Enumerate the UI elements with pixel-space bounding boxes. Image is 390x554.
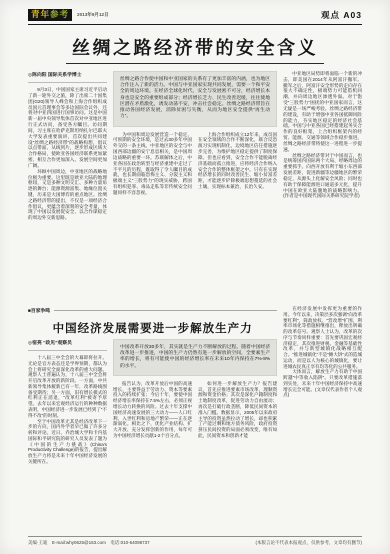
article-1-column-3: 上海合作组织成立12年来，成员国在安全领域的合作不断深化，联合反恐演习实现机制化…	[198, 132, 277, 303]
article-2-headline: 中国经济发展需要进一步解放生产力	[28, 320, 277, 336]
article-2-column-3: 如何进一步解放生产力？报告建议，首先应推进要素市场改革，理顺资源和资金价格；其次…	[198, 381, 277, 544]
article-1-column-1-text: 9月3日，中国国家主席习近平启动了新一轮外交之旅，除了出席二十国集团(G20)领…	[28, 87, 107, 221]
article-1: 丝绸之路经济带的安全含义 ◎陈向阳 国际关系学博士 9月3日，中国国家主席习近平…	[28, 34, 362, 303]
newspaper-logo: 青年参考	[28, 9, 72, 21]
paragraph: 至于中国改革尤其是经济改革下一步的方向，国内外学者早已做了许多分析和评论。近日，…	[28, 419, 107, 465]
paragraph: 在经济发展中发挥更为重要的作用。今年以来，决策层多次强调“向改革要红利”，简政放…	[283, 306, 362, 369]
paragraph: 报告认为，改革开放后中国的高速增长，主要得益于劳动力、资本等要素投入的持续扩张；…	[113, 381, 192, 439]
logo-text-part2: 参考	[50, 9, 69, 19]
logo-text-part1: 青年	[31, 9, 50, 19]
article-1-headline: 丝绸之路经济带的安全含义	[66, 34, 324, 64]
paragraph: 上海合作组织成立12年来，成员国在安全领域的合作不断深化，联合反恐演习实现机制化…	[198, 132, 277, 190]
article-1-byline: ◎陈向阳 国际关系学博士	[28, 71, 107, 83]
article-1-quote-box: 丝绸之路合作使中国和中亚国家的关系有了更加丰富的内涵，也为地区合作注入了新的活力…	[113, 71, 277, 127]
paragraph: 丝绸之路经济带对于中国而言，也是统筹国内国际两个大局、经略周边的重要抓手。向西开…	[283, 153, 362, 200]
newspaper-page: 青年参考 2013年9月12日 观点 A03 丝绸之路经济带的安全含义 ◎陈向阳…	[0, 0, 390, 554]
footer-disclaimer: (本版言论不代表本报观点，仅供参考，文章均有删节)	[256, 540, 363, 546]
paragraph: 中亚地区局势即将面临一个新的冲击，即美国在2014年从阿富汗撤军。撤军之后，阿富…	[283, 71, 362, 153]
article-1-middle-columns-text: 为中国和周边发展营造一个稳定、可预期的安全环境，是过去30多年中国外交的一条主线…	[113, 132, 277, 303]
article-1-column-2: 为中国和周边发展营造一个稳定、可预期的安全环境，是过去30多年中国外交的一条主线…	[113, 132, 192, 303]
paragraph: 如何进一步解放生产力？报告建议，首先应推进要素市场改革，理顺资源和资金价格；其次…	[198, 381, 277, 439]
article-2-body: ◎宿亮 “政见”观察员 十八届三中全会的大幕即将拉开。无论是官方表态还是学界预期…	[28, 339, 277, 544]
section-divider: ■百家争鸣	[28, 307, 277, 314]
article-2-column-2: 报告认为，改革开放后中国的高速增长，主要得益于劳动力、资本等要素投入的持续扩张；…	[113, 381, 192, 544]
article-2-middle-columns-text: 报告认为，改革开放后中国的高速增长，主要得益于劳动力、资本等要素投入的持续扩张；…	[113, 381, 277, 544]
paragraph: 环顾中国周边，中亚地区的战略地位极为重要。这里既是欧亚大陆的地理枢纽，又是多种文…	[28, 169, 107, 221]
article-2: ■百家争鸣 中国经济发展需要进一步解放生产力 ◎宿亮 “政见”观察员 十八届三中…	[28, 306, 362, 544]
article-1-column-4: 中亚地区局势即将面临一个新的冲击，即美国在2014年从阿富汗撤军。撤军之后，阿富…	[283, 71, 362, 303]
paragraph: 十八届三中全会的大幕即将拉开。无论是官方表态还是学界预期，都认为会上将研究全面深…	[28, 355, 107, 418]
article-1-headline-wrap: 丝绸之路经济带的安全含义	[28, 34, 362, 64]
paragraph: 9月3日，中国国家主席习近平启动了新一轮外交之旅，除了出席二十国集团(G20)领…	[28, 87, 107, 169]
article-2-column-1: ◎宿亮 “政见”观察员 十八届三中全会的大幕即将拉开。无论是官方表态还是学界预期…	[28, 339, 107, 544]
masthead: 青年参考 2013年9月12日 观点 A03	[28, 9, 362, 25]
article-1-column-1: ◎陈向阳 国际关系学博士 9月3日，中国国家主席习近平启动了新一轮外交之旅，除了…	[28, 71, 107, 303]
article-2-quote-box: 中国改革开放30多年，其实就是生产力不断解放的过程。随着中国经济改革进一步推进，…	[113, 339, 277, 376]
article-2-column-4: 在经济发展中发挥更为重要的作用。今年以来，决策层多次强调“向改革要红利”，简政放…	[283, 306, 362, 544]
article-2-middle-columns: 中国改革开放30多年，其实就是生产力不断解放的过程。随着中国经济改革进一步推进，…	[113, 339, 277, 544]
article-2-left-region: ■百家争鸣 中国经济发展需要进一步解放生产力 ◎宿亮 “政见”观察员 十八届三中…	[28, 306, 277, 544]
issue-date: 2013年9月12日	[77, 12, 109, 18]
paragraph: 为中国和周边发展营造一个稳定、可预期的安全环境，是过去30多年中国外交的一条主线…	[113, 132, 192, 196]
section-page-label: 观点 A03	[321, 9, 362, 21]
article-2-column-1-text: 十八届三中全会的大幕即将拉开。无论是官方表态还是学界预期，都认为会上将研究全面深…	[28, 355, 107, 465]
article-1-middle-columns: 丝绸之路合作使中国和中亚国家的关系有了更加丰富的内涵，也为地区合作注入了新的活力…	[113, 71, 277, 303]
page-footer: 美编·王迪 E-mail:why0625@163.com 电话:010-6409…	[28, 536, 362, 546]
masthead-left: 青年参考 2013年9月12日	[28, 9, 109, 21]
section-label: ■百家争鸣	[28, 307, 50, 314]
article-2-byline: ◎宿亮 “政见”观察员	[28, 339, 107, 351]
article-1-body: ◎陈向阳 国际关系学博士 9月3日，中国国家主席习近平启动了新一轮外交之旅，除了…	[28, 71, 362, 303]
footer-contact: 美编·王迪 E-mail:why0625@163.com 电话:010-6409…	[28, 540, 150, 546]
paragraph: 大体而言，解放生产力有助于中国跨越“中等收入陷阱”。只要改革措施落到实处，未来十…	[283, 369, 362, 398]
section-divider-line	[54, 310, 277, 311]
